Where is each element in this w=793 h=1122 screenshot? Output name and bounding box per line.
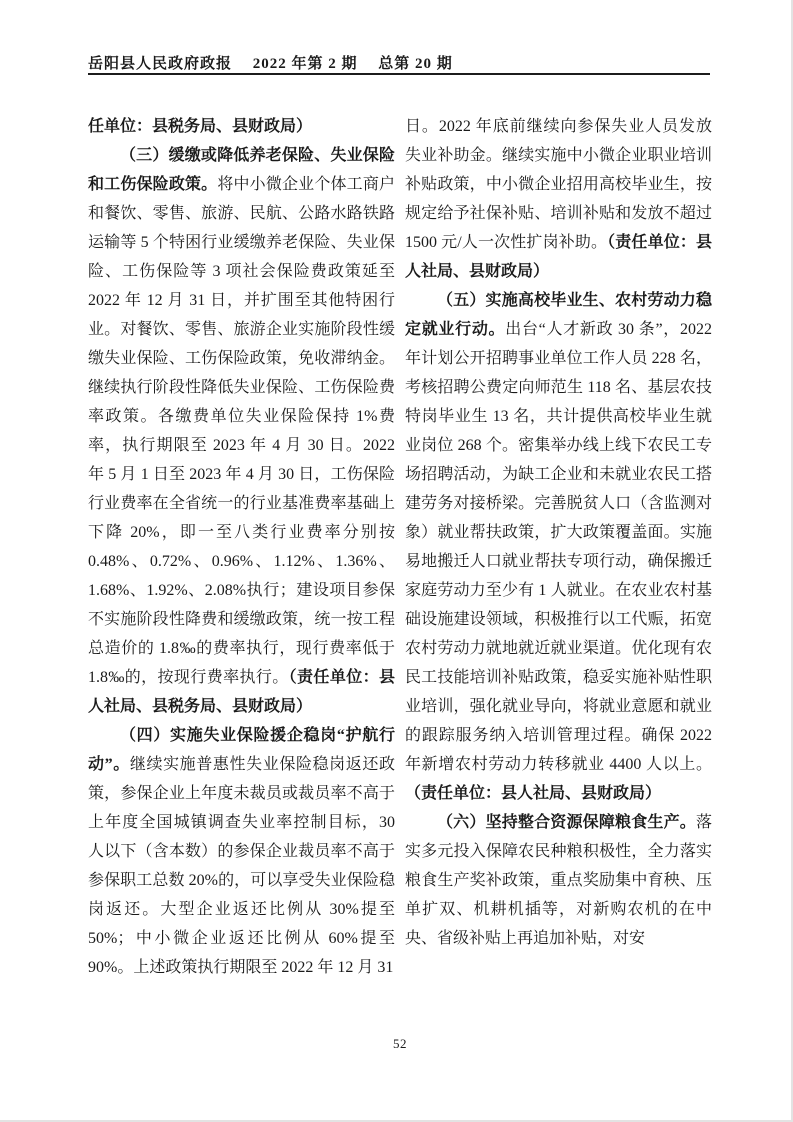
section-4-continued-body-text: 日。2022 年底前继续向参保失业人员发放失业补助金。继续实施中小微企业职业培训…	[405, 118, 712, 251]
section-4-body-text: 继续实施普惠性失业保险稳岗返还政策，参保企业上年度未裁员或裁员率不高于上年度全国…	[88, 756, 395, 976]
page-header: 岳阳县人民政府政报 2022 年第 2 期 总第 20 期	[88, 52, 712, 73]
right-column: 日。2022 年底前继续向参保失业人员发放失业补助金。继续实施中小微企业职业培训…	[405, 112, 712, 982]
document-page: 岳阳县人民政府政报 2022 年第 2 期 总第 20 期 任单位：县税务局、县…	[0, 0, 793, 1122]
section-3-paragraph: （三）缓缴或降低养老保险、失业保险和工伤保险政策。将中小微企业个体工商户和餐饮、…	[88, 141, 395, 721]
issue-number: 2022 年第 2 期	[253, 56, 358, 72]
carryover-paragraph: 任单位：县税务局、县财政局）	[88, 112, 395, 141]
page-body: 任单位：县税务局、县财政局） （三）缓缴或降低养老保险、失业保险和工伤保险政策。…	[88, 112, 712, 982]
section-6-heading: （六）坚持整合资源保障粮食生产。	[437, 814, 696, 831]
carryover-responsibility-text: 任单位：县税务局、县财政局）	[88, 118, 312, 135]
volume-number: 总第 20 期	[378, 56, 453, 72]
section-4-paragraph: （四）实施失业保险援企稳岗“护航行动”。继续实施普惠性失业保险稳岗返还政策，参保…	[88, 721, 395, 982]
section-4-continued-paragraph: 日。2022 年底前继续向参保失业人员发放失业补助金。继续实施中小微企业职业培训…	[405, 112, 712, 286]
section-5-paragraph: （五）实施高校毕业生、农村劳动力稳定就业行动。出台“人才新政 30 条”，202…	[405, 286, 712, 808]
left-column: 任单位：县税务局、县财政局） （三）缓缴或降低养老保险、失业保险和工伤保险政策。…	[88, 112, 395, 982]
section-6-paragraph: （六）坚持整合资源保障粮食生产。落实多元投入保障农民种粮积极性，全力落实粮食生产…	[405, 808, 712, 953]
section-5-body-text: 出台“人才新政 30 条”，2022 年计划公开招聘事业单位工作人员 228 名…	[405, 321, 712, 773]
section-3-body-text: 将中小微企业个体工商户和餐饮、零售、旅游、民航、公路水路铁路运输等 5 个特困行…	[88, 176, 395, 686]
section-6-body-text: 落实多元投入保障农民种粮积极性，全力落实粮食生产奖补政策，重点奖励集中育秧、压单…	[405, 814, 712, 947]
section-5-responsibility-text: （责任单位：县人社局、县财政局）	[405, 785, 661, 802]
header-rule	[88, 73, 710, 75]
page-number: 52	[88, 1036, 712, 1052]
gazette-title: 岳阳县人民政府政报	[88, 56, 232, 72]
